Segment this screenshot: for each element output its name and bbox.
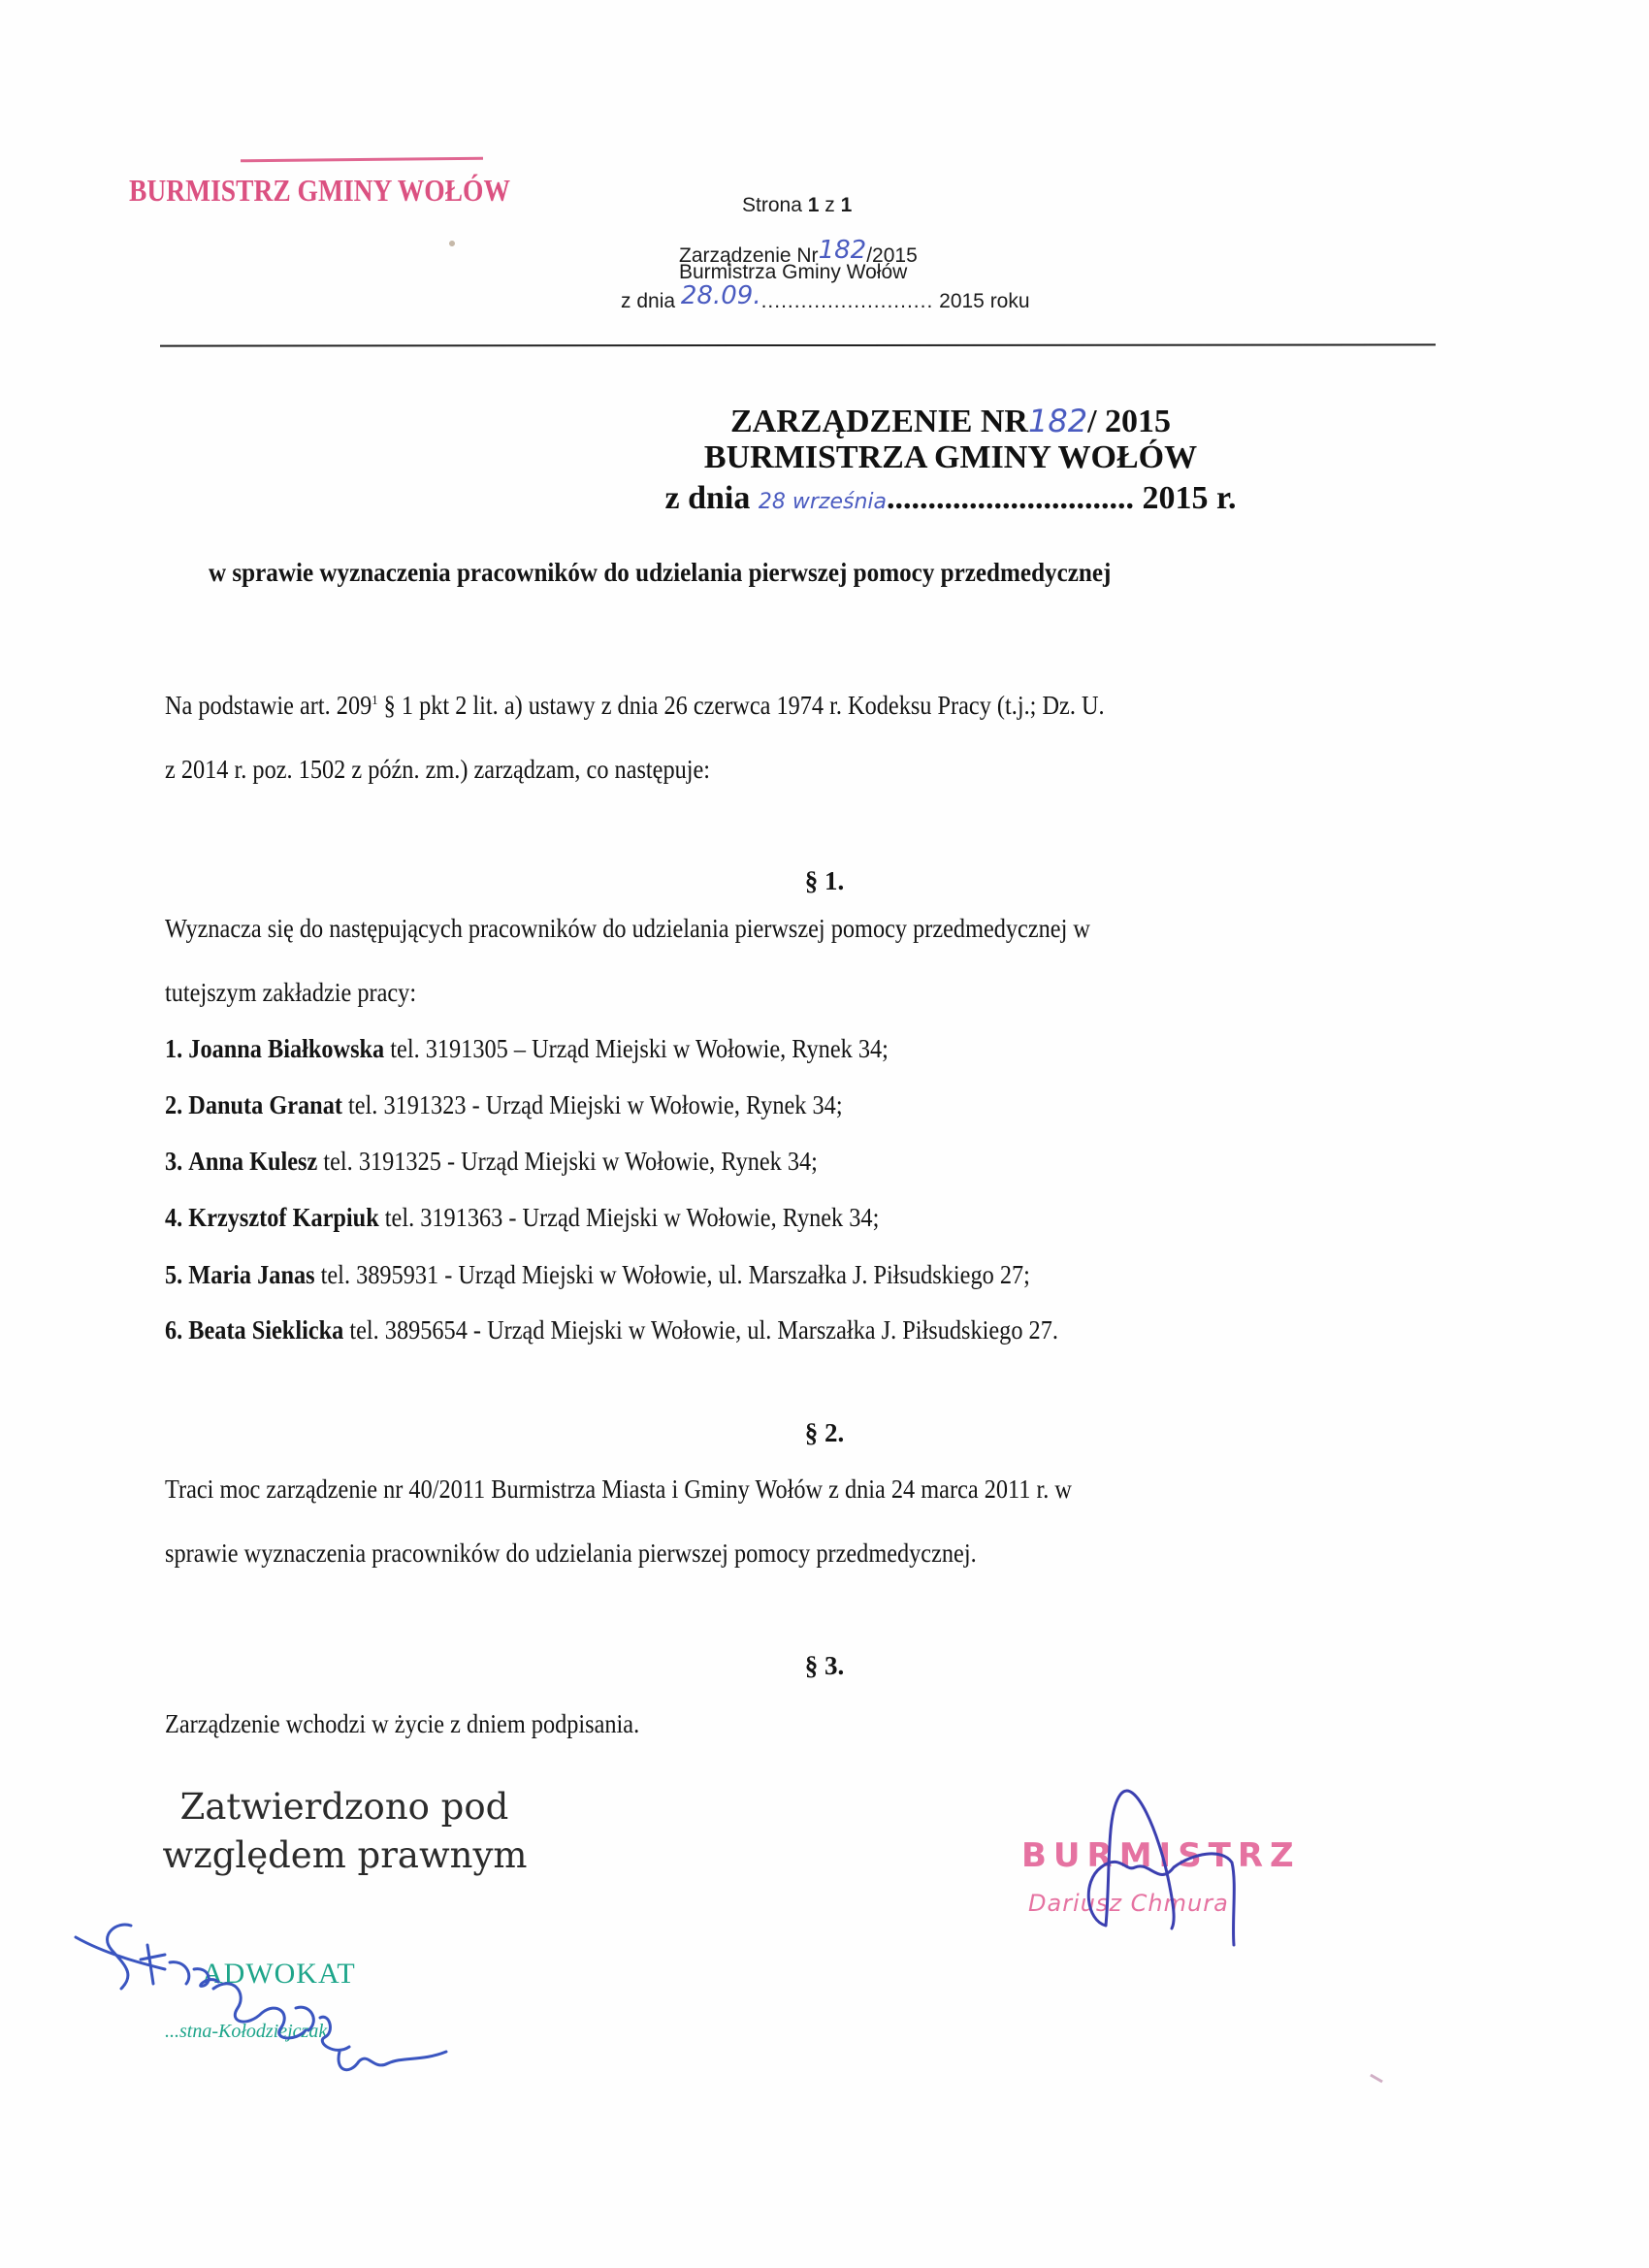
employee-name: Maria Janas bbox=[188, 1260, 314, 1289]
section-1-heading: § 1. bbox=[0, 866, 1649, 896]
header-divider bbox=[160, 343, 1436, 346]
section-1-text-line-1: Wyznacza się do następujących pracownikó… bbox=[165, 914, 1090, 944]
stamp-underline bbox=[241, 157, 483, 163]
section-3-heading: § 3. bbox=[0, 1651, 1649, 1681]
employee-name: Krzysztof Karpiuk bbox=[188, 1203, 378, 1232]
document-issuer: BURMISTRZA GMINY WOŁÓW bbox=[0, 439, 1649, 476]
document-date: z dnia 28 września......................… bbox=[0, 480, 1649, 517]
employee-item: 3. Anna Kulesz tel. 3191325 - Urząd Miej… bbox=[165, 1147, 818, 1177]
scan-speck bbox=[448, 240, 456, 247]
handwritten-title-date: 28 września bbox=[759, 490, 887, 514]
employee-name: Joanna Białkowska bbox=[188, 1034, 384, 1063]
employee-item: 4. Krzysztof Karpiuk tel. 3191363 - Urzą… bbox=[165, 1203, 879, 1233]
section-3-text: Zarządzenie wchodzi w życie z dniem podp… bbox=[165, 1709, 639, 1739]
employee-item: 5. Maria Janas tel. 3895931 - Urząd Miej… bbox=[165, 1260, 1030, 1290]
document-subject: w sprawie wyznaczenia pracowników do udz… bbox=[209, 558, 1111, 588]
document-page: BURMISTRZ GMINY WOŁÓW Strona 1 z 1 Zarzą… bbox=[0, 0, 1649, 2268]
advocate-signature-icon bbox=[39, 1916, 495, 2090]
section-2-text-line-2: sprawie wyznaczenia pracowników do udzie… bbox=[165, 1539, 977, 1569]
legal-basis-line-1: Na podstawie art. 2091 § 1 pkt 2 lit. a)… bbox=[165, 691, 1105, 721]
section-2-text-line-1: Traci moc zarządzenie nr 40/2011 Burmist… bbox=[165, 1474, 1072, 1505]
section-2-heading: § 2. bbox=[0, 1418, 1649, 1448]
employee-item: 2. Danuta Granat tel. 3191323 - Urząd Mi… bbox=[165, 1090, 843, 1120]
handwritten-date: 28.09. bbox=[681, 281, 761, 310]
employee-name: Danuta Granat bbox=[188, 1090, 342, 1119]
mayor-stamp-header: BURMISTRZ GMINY WOŁÓW bbox=[129, 173, 510, 209]
approval-stamp-line-2: względem prawnym bbox=[153, 1831, 536, 1880]
scan-speck bbox=[1370, 2074, 1383, 2084]
employee-name: Anna Kulesz bbox=[188, 1147, 317, 1176]
page-indicator: Strona 1 z 1 bbox=[742, 194, 852, 217]
section-1-text-line-2: tutejszym zakładzie pracy: bbox=[165, 978, 416, 1008]
legal-basis-line-2: z 2014 r. poz. 1502 z późn. zm.) zarządz… bbox=[165, 755, 710, 785]
mayor-signature-icon bbox=[1067, 1775, 1280, 1950]
approval-stamp-line-1: Zatwierdzono pod bbox=[165, 1783, 524, 1831]
document-title: ZARZĄDZENIE NR182/ 2015 bbox=[0, 403, 1649, 440]
employee-item: 1. Joanna Białkowska tel. 3191305 – Urzą… bbox=[165, 1034, 889, 1064]
handwritten-title-number: 182 bbox=[1028, 403, 1087, 439]
header-date: z dnia 28.09........................... … bbox=[621, 285, 1030, 314]
employee-name: Beata Sieklicka bbox=[188, 1315, 343, 1345]
employee-item: 6. Beata Sieklicka tel. 3895654 - Urząd … bbox=[165, 1315, 1058, 1345]
